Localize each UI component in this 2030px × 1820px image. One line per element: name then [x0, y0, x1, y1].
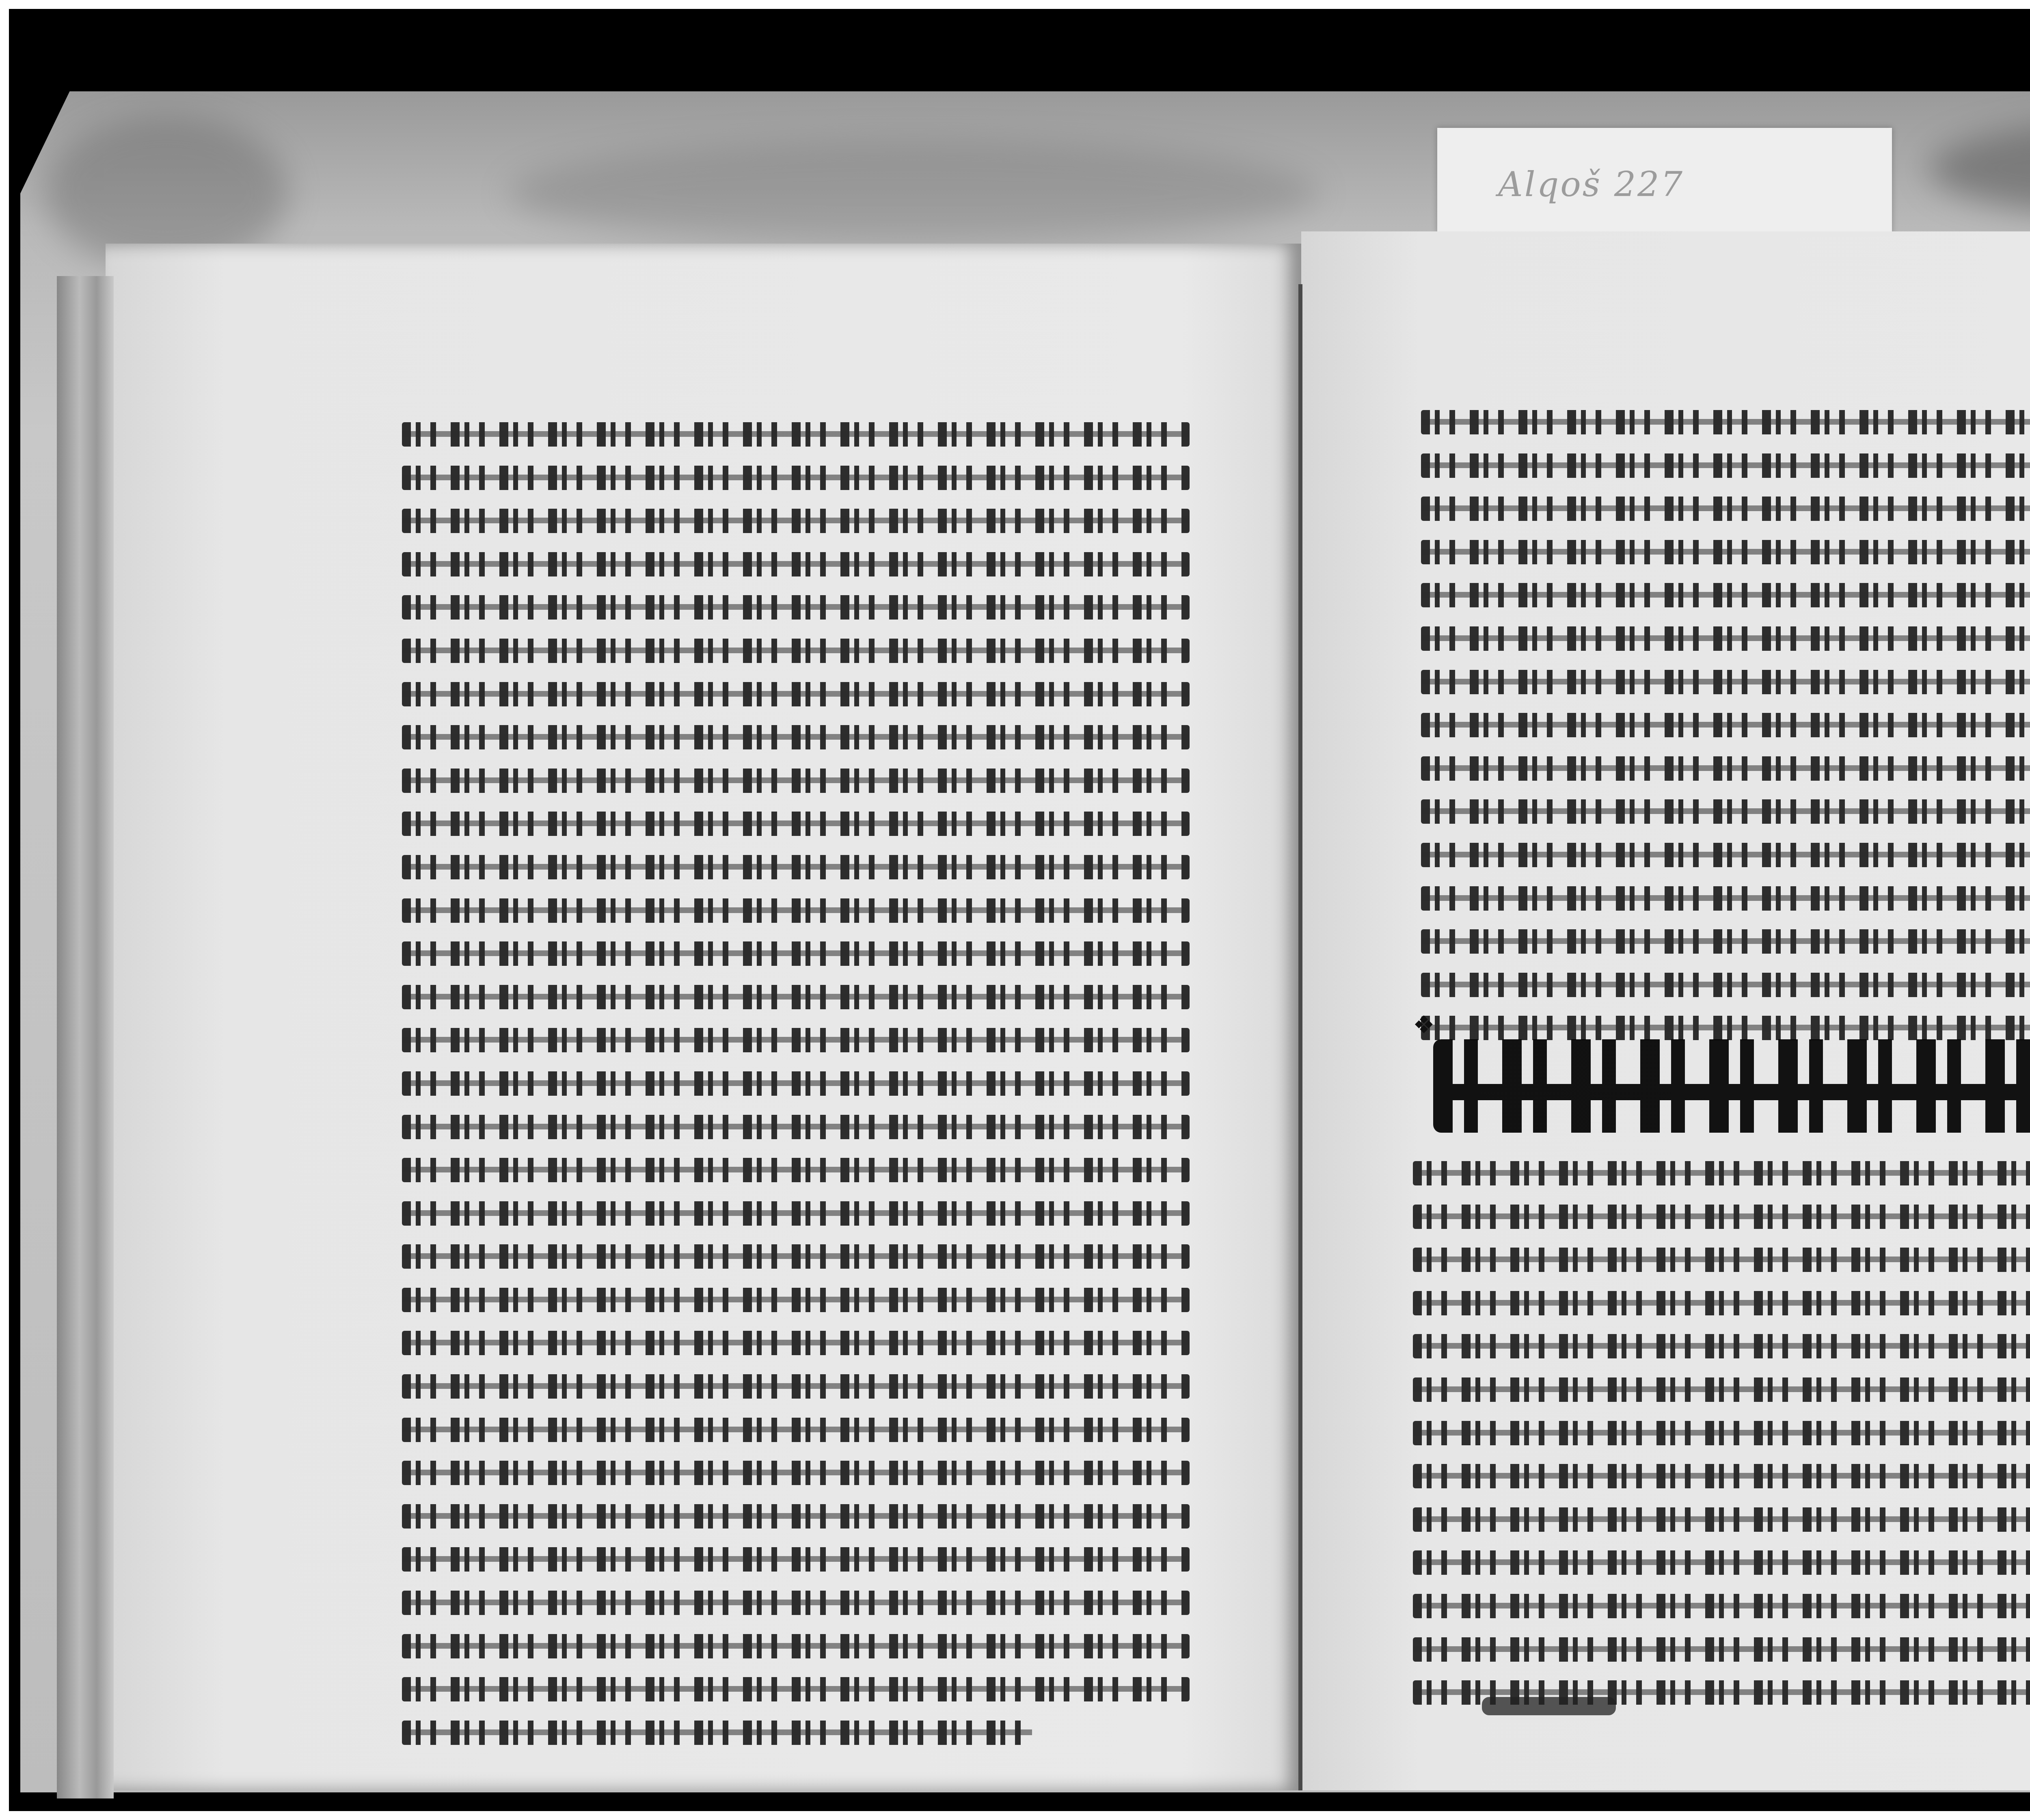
text-line: Syriac text line 22	[402, 1331, 1190, 1355]
text-line: Syriac text line 6	[402, 639, 1190, 663]
text-line: Syriac text line 31	[402, 1721, 1032, 1745]
text-line: Syriac text line 8	[1421, 713, 2030, 737]
text-line: Syriac text line 15	[1421, 1016, 2030, 1040]
text-line: Syriac text line 5	[402, 595, 1190, 620]
text-line: Syriac text line 11	[402, 855, 1190, 879]
text-line: Syriac text line 29	[402, 1634, 1190, 1658]
shelfmark-label: Alqoš 227	[1437, 128, 1892, 233]
text-line: Syriac text line 9	[1413, 1507, 2030, 1532]
text-line: Syriac text line 13	[402, 941, 1190, 966]
text-line: Syriac text line 1	[402, 422, 1190, 447]
right-page-text-bottom: Syriac text line 1Syriac text line 2Syri…	[1413, 1161, 2030, 1724]
gutter-spine	[1298, 284, 1302, 1790]
text-line: Syriac text line 1	[1421, 410, 2030, 434]
text-line: Syriac text line 2	[1413, 1205, 2030, 1229]
text-line: Syriac text line 27	[402, 1547, 1190, 1572]
text-line: Syriac text line 4	[402, 552, 1190, 576]
text-line: Syriac text line 8	[1413, 1464, 2030, 1488]
text-line: Syriac text line 5	[1413, 1334, 2030, 1358]
stain	[508, 140, 1319, 246]
page-edges	[57, 276, 114, 1798]
right-page-text-top: Syriac text line 1Syriac text line 2Syri…	[1421, 410, 2030, 1059]
text-line: Syriac text line 3	[1413, 1248, 2030, 1272]
text-line: Syriac text line 12	[402, 898, 1190, 923]
section-heading: Large rubricated section heading	[1433, 1039, 2030, 1133]
text-line: Syriac text line 19	[402, 1201, 1190, 1226]
text-line: Syriac text line 20	[402, 1244, 1190, 1269]
text-line: Syriac text line 17	[402, 1115, 1190, 1139]
text-line: Syriac text line 21	[402, 1288, 1190, 1312]
text-line: Syriac text line 4	[1413, 1291, 2030, 1315]
text-line: Syriac text line 15	[402, 1028, 1190, 1052]
text-line: Syriac text line 10	[1421, 799, 2030, 824]
end-ornament-icon: ❖	[1413, 1011, 1435, 1039]
text-line: Syriac text line 23	[402, 1374, 1190, 1399]
text-line: Syriac text line 11	[1421, 843, 2030, 867]
text-line: Syriac text line 12	[1421, 886, 2030, 911]
stain	[1929, 116, 2030, 221]
text-line: Syriac text line 9	[402, 769, 1190, 793]
text-line: Syriac text line 7	[1421, 670, 2030, 694]
text-line: Syriac text line 16	[402, 1071, 1190, 1096]
text-line: Syriac text line 4	[1421, 540, 2030, 564]
text-line: Syriac text line 3	[1421, 497, 2030, 521]
text-line: Syriac text line 18	[402, 1158, 1190, 1182]
text-line: Syriac text line 5	[1421, 583, 2030, 607]
text-line: Syriac text line 10	[1413, 1550, 2030, 1575]
shelfmark-text: Alqoš 227	[1498, 164, 1684, 204]
text-line: Syriac text line 13	[1421, 929, 2030, 954]
text-line: Syriac text line 2	[1421, 453, 2030, 478]
left-page-text: Syriac text line 1Syriac text line 2Syri…	[402, 422, 1190, 1764]
text-line: Syriac text line 24	[402, 1418, 1190, 1442]
catchword: Catchword at foot of page	[1482, 1697, 1616, 1715]
text-line: Syriac text line 2	[402, 466, 1190, 490]
text-line: Syriac text line 11	[1413, 1594, 2030, 1618]
text-line: Syriac text line 10	[402, 812, 1190, 836]
text-line: Syriac text line 14	[1421, 973, 2030, 997]
text-line: Syriac text line 9	[1421, 756, 2030, 781]
text-line: Syriac text line 8	[402, 725, 1190, 749]
text-line: Syriac text line 26	[402, 1504, 1190, 1529]
text-line: Syriac text line 30	[402, 1677, 1190, 1701]
text-line: Syriac text line 6	[1413, 1377, 2030, 1402]
text-line: Syriac text line 6	[1421, 626, 2030, 651]
text-line: Syriac text line 25	[402, 1461, 1190, 1485]
text-line: Syriac text line 7	[402, 682, 1190, 706]
text-line: Syriac text line 7	[1413, 1421, 2030, 1445]
text-line: Syriac text line 12	[1413, 1637, 2030, 1662]
text-line: Syriac text line 1	[1413, 1161, 2030, 1185]
text-line: Syriac text line 3	[402, 509, 1190, 533]
text-line: Syriac text line 14	[402, 985, 1190, 1009]
text-line: Syriac text line 28	[402, 1591, 1190, 1615]
